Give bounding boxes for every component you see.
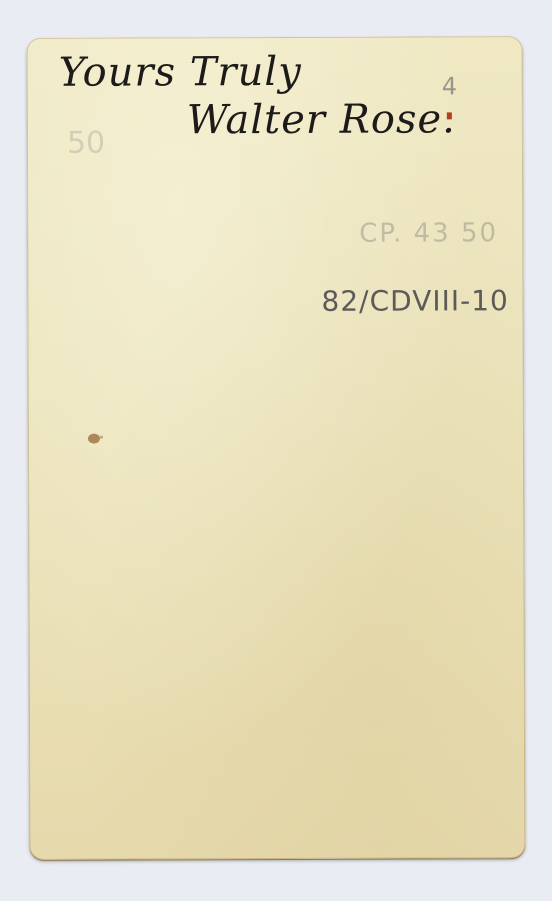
red-ink-mark [447, 112, 452, 119]
pencil-price-mark: 4 [442, 72, 457, 100]
photo-card-back: Yours Truly Walter Rose. 4 50 CP. 43 50 … [27, 36, 526, 860]
handwritten-greeting: Yours Truly [59, 49, 302, 96]
faint-pencil-code: CP. 43 50 [359, 218, 498, 248]
handwritten-signature: Walter Rose. [187, 96, 456, 143]
pencil-catalog-number: 82/CDVIII-10 [321, 284, 508, 318]
foxing-speck [100, 436, 103, 439]
faint-pencil-number: 50 [67, 126, 105, 161]
foxing-stain [88, 434, 100, 444]
